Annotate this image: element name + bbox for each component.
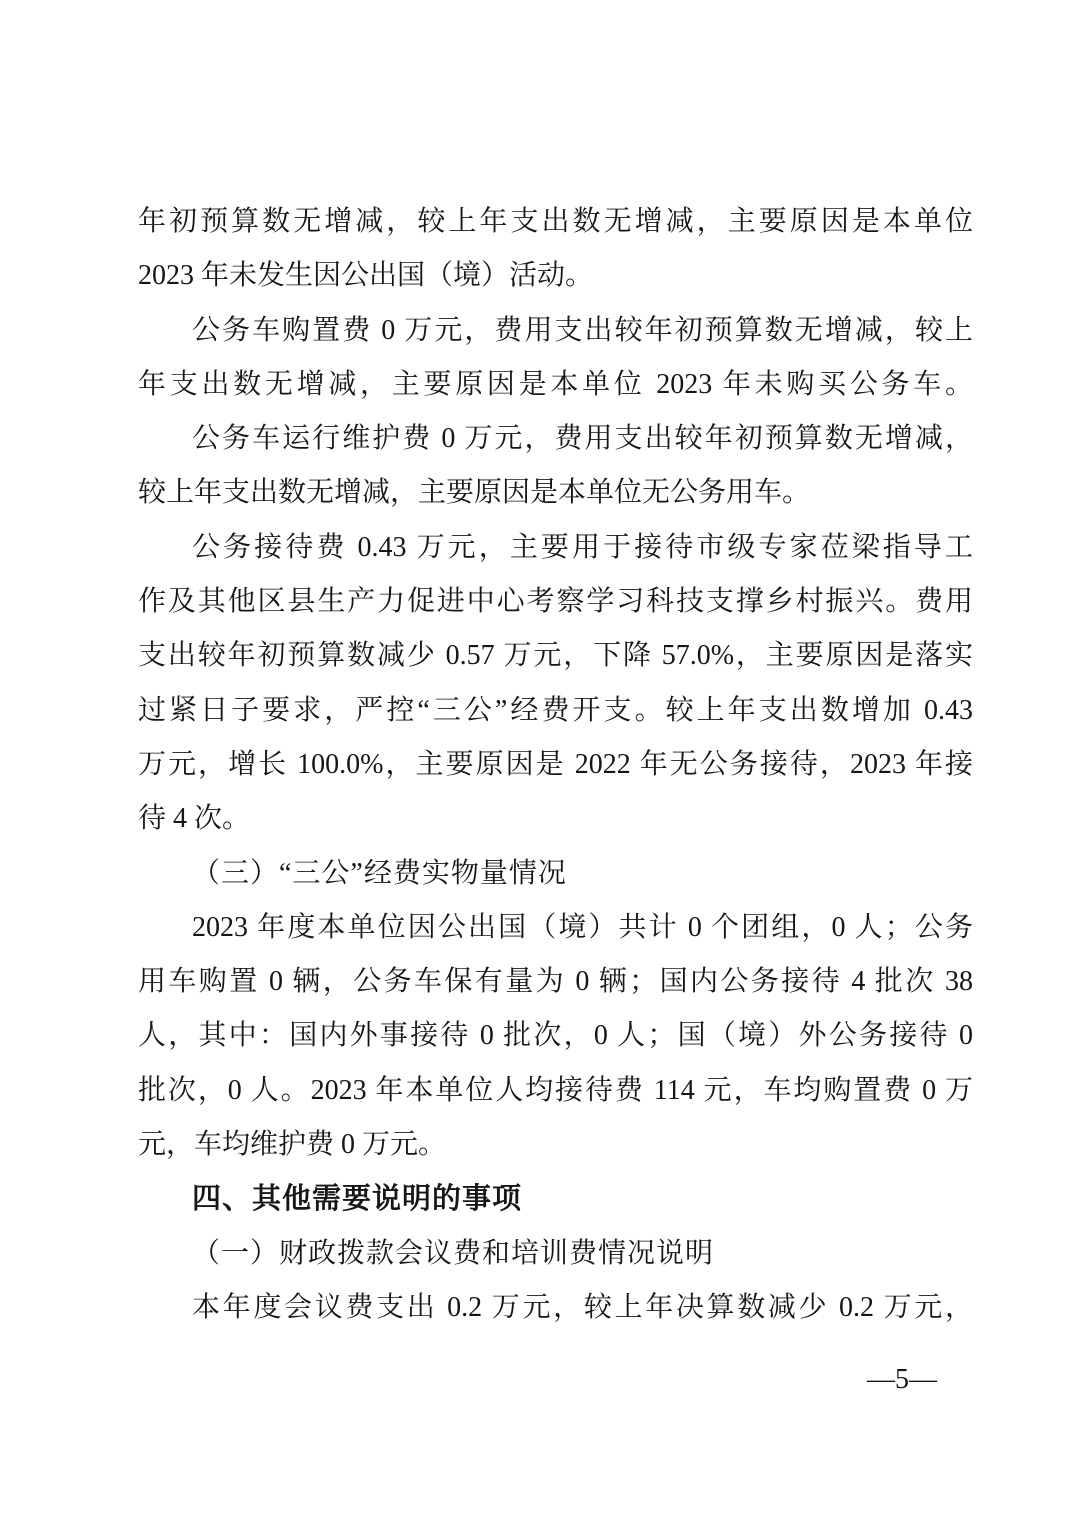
body-line: 作及其他区县生产力促进中心考察学习科技支撑乡村振兴。费用 — [138, 575, 973, 629]
subsection-heading-three-public-physical: （三）“三公”经费实物量情况 — [138, 847, 973, 901]
body-line: 较上年支出数无增减，主要原因是本单位无公务用车。 — [138, 466, 973, 520]
body-line: 用车购置 0 辆，公务车保有量为 0 辆；国内公务接待 4 批次 38 — [138, 955, 973, 1009]
body-line: 公务车运行维护费 0 万元，费用支出较年初预算数无增减， — [138, 412, 973, 466]
document-page: 年初预算数无增减，较上年支出数无增减，主要原因是本单位 2023 年未发生因公出… — [0, 0, 1075, 1520]
body-line: 支出较年初预算数减少 0.57 万元，下降 57.0%，主要原因是落实 — [138, 629, 973, 683]
body-line: 年初预算数无增减，较上年支出数无增减，主要原因是本单位 — [138, 195, 973, 249]
document-text-block: 年初预算数无增减，较上年支出数无增减，主要原因是本单位 2023 年未发生因公出… — [138, 195, 973, 1335]
page-number: —5— — [867, 1360, 937, 1400]
body-line: 年支出数无增减，主要原因是本单位 2023 年未购买公务车。 — [138, 358, 973, 412]
body-line: 2023 年未发生因公出国（境）活动。 — [138, 249, 973, 303]
body-line: 本年度会议费支出 0.2 万元，较上年决算数减少 0.2 万元， — [138, 1281, 973, 1335]
body-line: 过紧日子要求，严控“三公”经费开支。较上年支出数增加 0.43 — [138, 684, 973, 738]
body-line: 2023 年度本单位因公出国（境）共计 0 个团组，0 人；公务 — [138, 901, 973, 955]
body-line: 待 4 次。 — [138, 792, 973, 846]
body-line: 批次，0 人。2023 年本单位人均接待费 114 元，车均购置费 0 万 — [138, 1064, 973, 1118]
subsection-heading-meeting-training-fees: （一）财政拨款会议费和培训费情况说明 — [138, 1227, 973, 1281]
body-line: 元，车均维护费 0 万元。 — [138, 1118, 973, 1172]
body-line: 公务车购置费 0 万元，费用支出较年初预算数无增减，较上 — [138, 304, 973, 358]
body-line: 人，其中：国内外事接待 0 批次，0 人；国（境）外公务接待 0 — [138, 1009, 973, 1063]
body-line: 公务接待费 0.43 万元，主要用于接待市级专家莅梁指导工 — [138, 521, 973, 575]
section-heading-other-matters: 四、其他需要说明的事项 — [138, 1172, 973, 1226]
body-line: 万元，增长 100.0%，主要原因是 2022 年无公务接待，2023 年接 — [138, 738, 973, 792]
